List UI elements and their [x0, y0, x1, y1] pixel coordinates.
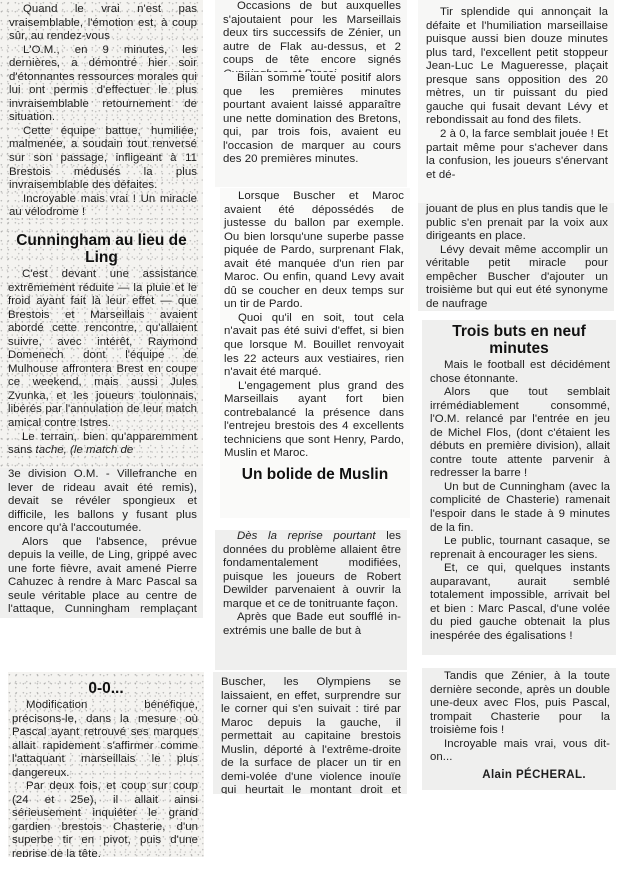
- paragraph: Après que Bade eut soufflé in-extrémis u…: [223, 611, 401, 638]
- left-column-section-2: 0-0... Modification bénéfique, précisons…: [8, 672, 204, 857]
- middle-column-main: Lorsque Buscher et Maroc avaient été dép…: [220, 188, 410, 518]
- middle-column-bilan: Bilan somme toute positif alors que les …: [215, 72, 407, 187]
- paragraph: Bilan somme toute positif alors que les …: [223, 72, 401, 167]
- left-column-section-1: Cunningham au lieu de Ling C'est devant …: [0, 220, 203, 470]
- paragraph: Alors que tout semblait irrémédiablement…: [430, 386, 610, 481]
- paragraph: L'O.M., en 9 minutes, les dernières, a d…: [9, 44, 197, 125]
- middle-column-buscher: Buscher, les Olympiens se laissaient, en…: [213, 672, 407, 794]
- middle-column-top: Occasions de but auxquelles s'ajoutaient…: [215, 0, 407, 72]
- middle-column-reprise: Dès la reprise pourtant les données du p…: [215, 530, 407, 670]
- paragraph: Le public, tournant casaque, se reprenai…: [430, 535, 610, 562]
- right-column-farce-continued: jouant de plus en plus tandis que le pub…: [418, 203, 614, 311]
- paragraph: Incroyable mais vrai, vous dit-on...: [430, 738, 610, 765]
- right-column-tir: Tir splendide qui annonçait la défaite e…: [418, 0, 614, 125]
- author-signature: Alain PÉCHERAL.: [422, 769, 616, 781]
- paragraph: Dès la reprise pourtant les données du p…: [223, 530, 401, 611]
- section-heading: Trois buts en neuf minutes: [422, 323, 616, 357]
- paragraph: Le terrain, bien qu'apparemment sans tac…: [8, 431, 197, 458]
- section-heading: 0-0...: [8, 680, 204, 697]
- paragraph: Quoi qu'il en soit, tout cela n'avait pa…: [224, 312, 404, 380]
- paragraph: Par deux fois, et coup sur coup (24 et 2…: [12, 780, 198, 857]
- paragraph: jouant de plus en plus tandis que le pub…: [426, 203, 608, 244]
- paragraph: Cette équipe battue, humiliée, malmenée,…: [9, 125, 197, 193]
- paragraph: Buscher, les Olympiens se laissaient, en…: [221, 676, 401, 794]
- right-column-ending: Tandis que Zénier, à la toute dernière s…: [422, 668, 616, 790]
- section-heading: Cunningham au lieu de Ling: [0, 232, 203, 266]
- paragraph: Lorsque Buscher et Maroc avaient été dép…: [224, 190, 404, 312]
- paragraph: Alors que l'absence, prévue depuis la ve…: [8, 536, 197, 618]
- paragraph: Lévy devait même accomplir un véritable …: [426, 244, 608, 311]
- paragraph: Quand le vrai n'est pas vraisemblable, l…: [9, 3, 197, 44]
- paragraph: C'est devant une assistance extrêmement …: [8, 268, 197, 431]
- paragraph: Incroyable mais vrai ! Un miracle au vél…: [9, 193, 197, 220]
- paragraph: Tir splendide qui annonçait la défaite e…: [426, 6, 608, 125]
- section-heading: Un bolide de Muslin: [220, 466, 410, 483]
- paragraph: Un but de Cunningham (avec la complicité…: [430, 481, 610, 535]
- paragraph: Mais le football est décidément chose ét…: [430, 359, 610, 386]
- paragraph: 2 à 0, la farce semblait jouée ! Et part…: [426, 128, 608, 182]
- paragraph: Et, ce qui, quelques instants auparavant…: [430, 562, 610, 643]
- left-column-terrain: 3e division O.M. - Villefranche en lever…: [0, 468, 203, 618]
- left-column-intro: Quand le vrai n'est pas vraisemblable, l…: [0, 0, 203, 220]
- paragraph: L'engagement plus grand des Marseillais …: [224, 380, 404, 461]
- paragraph: Tandis que Zénier, à la toute dernière s…: [430, 670, 610, 738]
- paragraph: Occasions de but auxquelles s'ajoutaient…: [223, 0, 401, 72]
- paragraph: 3e division O.M. - Villefranche en lever…: [8, 468, 197, 536]
- right-column-section-4: Trois buts en neuf minutes Mais le footb…: [422, 320, 616, 655]
- paragraph: Modification bénéfique, précisons-le, da…: [12, 699, 198, 780]
- right-column-farce: 2 à 0, la farce semblait jouée ! Et part…: [418, 125, 614, 203]
